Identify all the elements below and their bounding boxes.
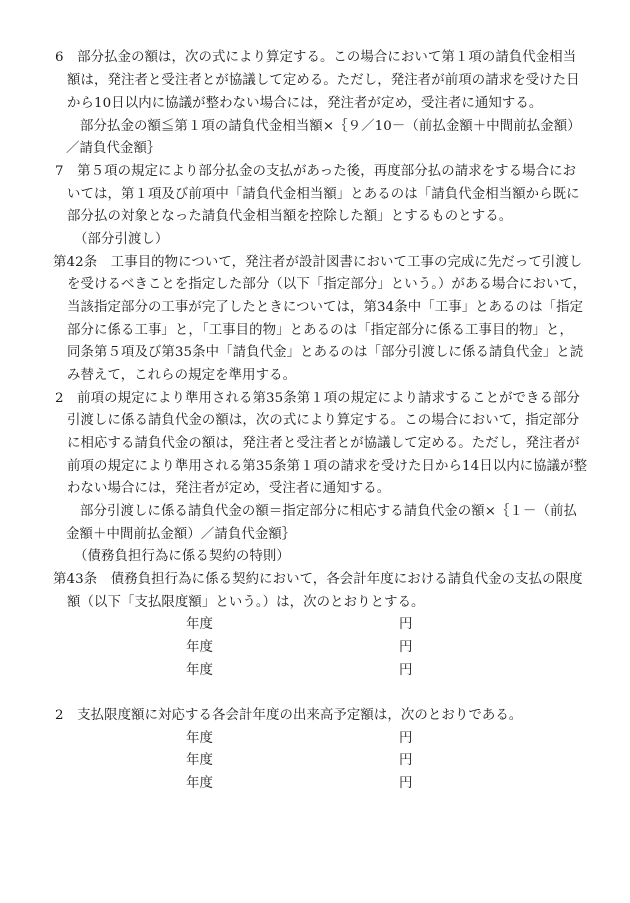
progress-schedule-row-year-label: 年度 bbox=[186, 776, 213, 792]
progress-schedule-row-yen-label: 円 bbox=[399, 753, 413, 769]
text-line: 部分に係る工事」と，「工事目的物」とあるのは「指定部分に係る工事目的物」と， bbox=[67, 323, 573, 339]
text-line: を受けるべきことを指定した部分（以下「指定部分」という。）がある場合において， bbox=[67, 277, 586, 293]
text-line: （債務負担行為に係る契約の特則） bbox=[74, 549, 290, 565]
payment-limit-row-yen-label: 円 bbox=[399, 617, 413, 633]
text-line: 第43条 債務負担行為に係る契約において，各会計年度における請負代金の支払の限度 bbox=[53, 572, 583, 588]
text-line: 当該指定部分の工事が完了したときについては，第34条中「工事」とあるのは「指定 bbox=[67, 300, 583, 316]
text-line: み替えて，これらの規定を準用する。 bbox=[67, 368, 296, 384]
text-line: 2 支払限度額に対応する各会計年度の出来高予定額は，次のとおりである。 bbox=[55, 708, 522, 724]
text-line: 6 部分払金の額は，次の式により算定する。この場合において第１項の請負代金相当 bbox=[55, 50, 576, 66]
text-line: に相応する請負代金の額は，発注者と受注者とが協議して定める。ただし，発注者が bbox=[67, 436, 580, 452]
text-line: 額は，発注者と受注者とが協議して定める。ただし，発注者が前項の請求を受けた日 bbox=[67, 73, 580, 89]
payment-limit-row-year-label: 年度 bbox=[186, 640, 213, 656]
text-line: 第42条 工事目的物について，発注者が設計図書において工事の完成に先だって引渡し bbox=[53, 255, 582, 271]
progress-schedule-row-year-label: 年度 bbox=[186, 753, 213, 769]
payment-limit-row-year-label: 年度 bbox=[186, 617, 213, 633]
text-line: （部分引渡し） bbox=[74, 232, 168, 248]
text-line: ／請負代金額｝ bbox=[66, 141, 160, 157]
progress-schedule-row-year-label: 年度 bbox=[186, 731, 213, 747]
text-line: 同条第５項及び第35条中「請負代金」とあるのは「部分引渡しに係る請負代金」と読 bbox=[67, 345, 583, 361]
payment-limit-row-yen-label: 円 bbox=[399, 640, 413, 656]
text-line: 2 前項の規定により準用される第35条第１項の規定により請求することができる部分 bbox=[55, 391, 580, 407]
text-line: 部分払金の額≦第１項の請負代金相当額×｛９／10－（前払金額＋中間前払金額） bbox=[80, 119, 581, 135]
text-line: 前項の規定により準用される第35条第１項の請求を受けた日から14日以内に協議が整 bbox=[67, 459, 587, 475]
payment-limit-row-yen-label: 円 bbox=[399, 663, 413, 679]
text-line: 額（以下「支払限度額」という。）は，次のとおりとする。 bbox=[67, 595, 425, 611]
progress-schedule-row-yen-label: 円 bbox=[399, 776, 413, 792]
progress-schedule-row-yen-label: 円 bbox=[399, 731, 413, 747]
text-line: から10日以内に協議が整わない場合には，発注者が定め，受注者に通知する。 bbox=[67, 96, 542, 112]
text-line: いては，第１項及び前項中「請負代金相当額」とあるのは「請負代金相当額から既に bbox=[67, 187, 580, 203]
text-line: 部分払の対象となった請負代金相当額を控除した額」とするものとする。 bbox=[67, 209, 512, 225]
text-line: 引渡しに係る請負代金の額は，次の式により算定する。この場合において，指定部分 bbox=[67, 413, 579, 429]
text-line: 7 第５項の規定により部分払金の支払があった後，再度部分払の請求をする場合にお bbox=[55, 164, 576, 180]
text-line: わない場合には，発注者が定め，受注者に通知する。 bbox=[67, 481, 390, 497]
payment-limit-row-year-label: 年度 bbox=[186, 663, 213, 679]
text-line: 部分引渡しに係る請負代金の額＝指定部分に相応する請負代金の額×｛１－（前払 bbox=[80, 504, 577, 520]
document-page: 6 部分払金の額は，次の式により算定する。この場合において第１項の請負代金相当額… bbox=[0, 0, 630, 903]
text-line: 金額＋中間前払金額）／請負代金額｝ bbox=[66, 527, 295, 543]
